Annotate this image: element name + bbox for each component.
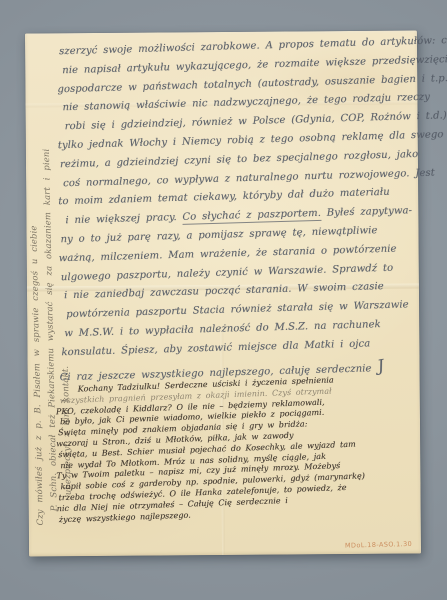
- archive-reference-number: MDoL.18-ASO.1.30: [345, 540, 412, 550]
- letter-paper: Czy mówiłeś już z p. B. Pisałem w sprawi…: [25, 30, 421, 556]
- letter-body-first: szerzyć swoje możliwości zarobkowe. A pr…: [59, 41, 412, 388]
- scan-background: Czy mówiłeś już z p. B. Pisałem w sprawi…: [0, 0, 447, 600]
- passport-line-post: Byłeś zapytywa-: [321, 205, 412, 219]
- letter-body-second: Kochany Tadziulku! Serdeczne uściski i ż…: [58, 382, 419, 525]
- passport-underlined-phrase: Co słychać z paszportem.: [182, 208, 321, 225]
- signature-flourish: J: [376, 360, 384, 371]
- passport-line-pre: i nie większej pracy.: [65, 212, 182, 226]
